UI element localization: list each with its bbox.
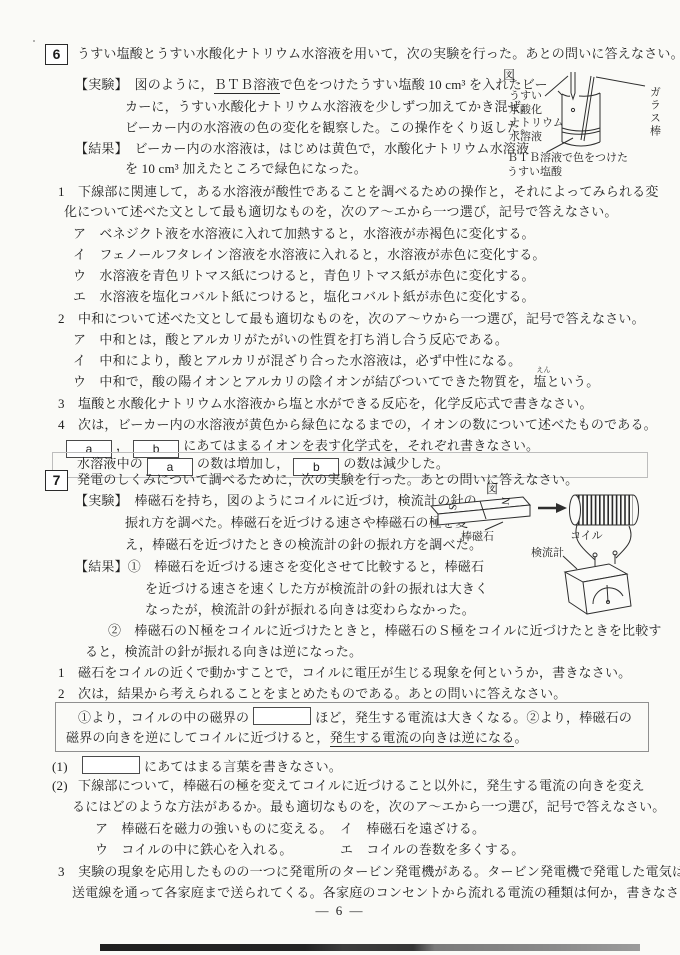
q6-question-1-line-1: 1下線部に関連して，ある水溶液が酸性であることを調べるための操作と，それによって… <box>58 183 659 201</box>
q7-choices-row-2: ウ コイルの中に鉄心を入れる。エ コイルの巻数を多くする。 <box>95 841 524 859</box>
q7-q2-sub-2-line-2: るにはどのような方法があるか。最も適切なものを，次のア〜エから一つ選び，記号で答… <box>72 798 665 816</box>
figure-7-induction: 図 S N 棒磁石 コイル 検流計 <box>423 480 678 620</box>
q7-question-1: 1磁石をコイルの近くで動かすことで，コイルに電圧が生じる現象を何というか，書きな… <box>58 664 631 682</box>
q6-q2-choice-c: ウ 中和で，酸の陽イオンとアルカリの陰イオンが結びついてできた物質を，えん塩とい… <box>73 373 599 391</box>
q6-question-4-line-1: 4次は，ビーカー内の水溶液が黄色から緑色になるまでの，イオンの数について述べたも… <box>58 416 657 434</box>
q7-summary-line-1: ①より，コイルの中の磁界のほど，発生する電流は大きくなる。②より，棒磁石の <box>66 707 632 727</box>
fill-in-blank-box <box>253 707 311 725</box>
exam-page: 6 うすい塩酸とうすい水酸化ナトリウム水溶液を用いて，次の実験を行った。あとの問… <box>0 0 680 955</box>
figure6-caption: 図 <box>503 68 515 82</box>
underlined-current-direction: 発生する電流の向きは逆になる <box>330 730 515 747</box>
q7-number-box: 7 <box>45 470 68 491</box>
underlined-btb: ＢＴＢ溶液 <box>214 77 280 94</box>
q6-q2-choice-b: イ 中和により，酸とアルカリが混ざり合った水溶液は，必ず中性になる。 <box>73 352 521 370</box>
q7-experiment-line-1: 【実験】 棒磁石を持ち，図のようにコイルに近づけ，検流計の針の <box>75 492 477 510</box>
q6-number-box: 6 <box>45 44 68 65</box>
page-number: ― 6 ― <box>0 903 680 919</box>
q7-result2-line-1: ② 棒磁石のＮ極をコイルに近づけたときと，棒磁石のＳ極をコイルに近づけたときを比… <box>108 622 662 640</box>
q7-summary-line-2: 磁界の向きを逆にしてコイルに近づけると，発生する電流の向きは逆になる。 <box>66 729 528 747</box>
q7-q2-sub-2-line-1: (2)下線部について，棒磁石の極を変えてコイルに近づけること以外に，発生する電流… <box>52 777 645 795</box>
q6-q1-choice-a: ア ベネジクト液を水溶液に入れて加熱すると，水溶液が赤褐色に変化する。 <box>73 225 535 243</box>
q6-header: 6 うすい塩酸とうすい水酸化ナトリウム水溶液を用いて，次の実験を行った。あとの問… <box>45 44 680 65</box>
figure7-coil-label: コイル <box>570 530 603 544</box>
magnet-pole-s: S <box>446 503 459 511</box>
q6-experiment-line-1: 【実験】 図のように，ＢＴＢ溶液で色をつけたうすい塩酸 10 cm³ を入れたビ… <box>75 76 548 94</box>
q6-question-2-line-1: 2中和について述べた文として最も適切なものを，次のア〜ウから一つ選び，記号で答え… <box>58 310 645 328</box>
magnet-pole-n: N <box>499 496 512 505</box>
q6-result-line-1: 【結果】 ビーカー内の水溶液は，はじめは黄色で，水酸化ナトリウム水溶液 <box>75 140 529 158</box>
scan-speck <box>33 40 35 42</box>
q6-intro-text: うすい塩酸とうすい水酸化ナトリウム水溶液を用いて，次の実験を行った。あとの問いに… <box>77 44 680 64</box>
figure6-bottom-label: ＢＴＢ溶液で色をつけた うすい塩酸 <box>507 152 628 179</box>
figure6-glass-rod-label: ガラス棒 <box>647 86 661 148</box>
q7-question-3-line-2: 送電線を通って各家庭まで送られてくる。各家庭のコンセントから流れる電流の種類は何… <box>72 884 680 902</box>
q6-q1-choice-b: イ フェノールフタレイン溶液を水溶液に入れると，水溶液が赤色に変化する。 <box>73 246 546 264</box>
figure7-caption: 図 <box>486 482 498 496</box>
q6-question-1-line-2: 化について述べた文として最も適切なものを，次のア〜エから一つ選び，記号で答えなさ… <box>64 203 618 221</box>
q7-q2-sub-1: (1)にあてはまる言葉を書きなさい。 <box>52 756 342 776</box>
q6-question-3: 3塩酸と水酸化ナトリウム水溶液から塩と水ができる反応を，化学反応式で書きなさい。 <box>58 395 593 413</box>
q6-result-line-2: を 10 cm³ 加えたところで緑色になった。 <box>125 160 367 178</box>
q7-choices-row-1: ア 棒磁石を磁力の強いものに変える。イ 棒磁石を遠ざける。 <box>95 820 485 838</box>
q7-question-3-line-1: 3実験の現象を応用したものの一つに発電所のタービン発電機がある。タービン発電機で… <box>58 863 680 881</box>
q7-question-2: 2次は，結果から考えられることをまとめたものである。あとの問いに答えなさい。 <box>58 685 566 703</box>
figure6-left-label: うすい 水酸化 ナトリウム 水溶液 <box>509 90 564 144</box>
ruby-shio: えん塩 <box>533 373 546 391</box>
q7-summary-box: ①より，コイルの中の磁界のほど，発生する電流は大きくなる。②より，棒磁石の 磁界… <box>55 702 649 752</box>
q6-q1-choice-c: ウ 水溶液を青色リトマス紙につけると，青色リトマス紙が赤色に変化する。 <box>73 267 535 285</box>
q7-choice-b: イ 棒磁石を遠ざける。 <box>340 821 485 836</box>
q6-q2-choice-a: ア 中和とは，酸とアルカリがたがいの性質を打ち消し合う反応である。 <box>73 331 508 349</box>
q7-choice-a: ア 棒磁石を磁力の強いものに変える。 <box>95 820 340 838</box>
figure7-galvanometer-label: 検流計 <box>531 547 564 561</box>
q7-experiment-line-2: 振れ方を調べた。棒磁石を近づける速さや棒磁石の極を変 <box>125 514 468 532</box>
q7-choice-c: ウ コイルの中に鉄心を入れる。 <box>95 841 340 859</box>
figure-6-beaker: 図 うすい 水酸化 ナトリウム 水溶液 ガラス棒 ＢＴＢ溶液で色をつけた うすい… <box>495 64 680 179</box>
q7-result2-line-2: ると，検流計の針が振れる向きは逆になった。 <box>85 643 362 661</box>
q6-experiment-line-2: カーに，うすい水酸化ナトリウム水溶液を少しずつ加えてかき混ぜ， <box>125 98 534 116</box>
q7-choice-d: エ コイルの巻数を多くする。 <box>340 842 524 857</box>
q6-q1-choice-d: エ 水溶液を塩化コバルト紙につけると，塩化コバルト紙が赤色に変化する。 <box>73 288 535 306</box>
figure7-magnet-label: 棒磁石 <box>461 531 494 545</box>
scan-edge-bar <box>100 944 640 951</box>
fill-in-blank-small <box>82 756 140 774</box>
q6-experiment-line-3: ビーカー内の水溶液の色の変化を観察した。この操作をくり返した。 <box>125 119 533 137</box>
